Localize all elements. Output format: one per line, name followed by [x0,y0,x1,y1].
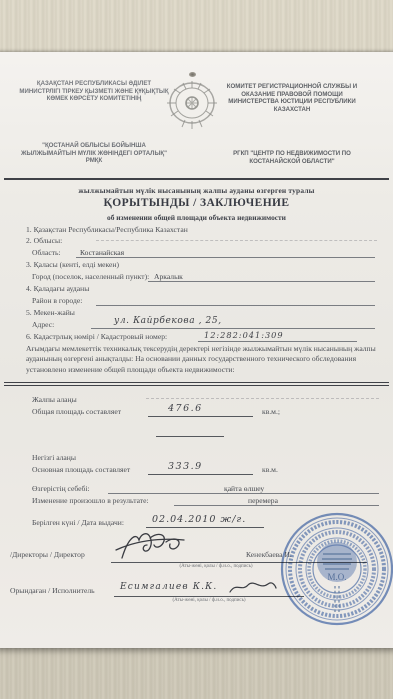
cadastral-line [198,340,357,342]
total-area-value: 476.6 [168,403,203,414]
field-district-label-ru: Район в городе: [32,296,82,305]
header-branch-kazakh: "ҚОСТАНАЙ ОБЛЫСЫ БОЙЫНША ЖЫЛЖЫМАЙТЫН МҮЛ… [16,142,172,165]
reason-line-ru [174,504,379,506]
document-subtitle-kk: жылжымайтын мүлік нысанының жалпы ауданы… [0,186,393,195]
main-area-label-ru: Основная площадь составляет [32,465,130,474]
field-region-label-kk: 2. Облысы: [26,236,62,245]
executor-sign-caption: (Аты-жөні, қолы / ф.и.о., подпись) [124,598,294,603]
main-area-unit: кв.м. [262,465,278,474]
field-region-label-ru: Область: [32,248,61,257]
header-branch-russian: РГКП "ЦЕНТР ПО НЕДВИЖИМОСТИ ПО КОСТАНАЙС… [216,150,368,165]
field-city-label-ru: Город (поселок, населенный пункт): [32,272,149,281]
field-cadastral-value: 12:282:041:309 [204,330,284,340]
district-line [96,304,375,306]
director-signature [114,528,234,562]
field-address-label-ru: Адрес: [32,320,54,329]
executor-name-handwritten: Есимгалиев К.К. [120,582,217,592]
reason-label-ru: Изменение произошло в результате: [32,496,149,505]
document-paper: ҚАЗАҚСТАН РЕСПУБЛИКАСЫ ӘДІЛЕТ МИНИСТРЛІГ… [0,52,393,648]
field-address-label-kk: 5. Мекен-жайы [26,308,75,317]
field-cadastral-label: 6. Кадастрлық нөмірі / Кадастровый номер… [26,332,167,341]
director-label: /Директоры / Директор [10,550,85,559]
field-country: 1. Қазақстан Республикасы/Республика Каз… [26,225,188,234]
reason-line-kk [108,492,379,494]
field-city-label-kk: 3. Қаласы (кенті, елді мекен) [26,260,119,269]
document-subtitle-ru: об изменении общей площади объекта недви… [0,213,393,222]
header-org-russian: КОМИТЕТ РЕГИСТРАЦИОННОЙ СЛУЖБЫ И ОКАЗАНИ… [216,83,368,113]
executor-label: Орындаған / Исполнитель [10,586,95,595]
executor-sign-line [114,595,304,597]
header-org-kazakh: ҚАЗАҚСТАН РЕСПУБЛИКАСЫ ӘДІЛЕТ МИНИСТРЛІГ… [16,80,172,103]
executor-signature-flourish [228,580,278,596]
issue-date-label: Берілген күні / Дата выдачи: [32,518,124,527]
statement-paragraph: Ағымдағы мемлекеттік техникалық тексеруд… [26,344,377,375]
field-address-value: ул. Кайрбекова , 25, [114,316,222,326]
main-area-line [148,473,253,475]
section-divider-top [4,382,389,383]
section-divider-bottom [4,385,389,386]
main-area-value: 333.9 [168,461,203,472]
total-area-label-kk: Жалпы алаңы [32,395,77,404]
pencil-marks [146,398,379,399]
field-district-label-kk: 4. Қаладағы ауданы [26,284,89,293]
reason-label-kk: Өзгерістің себебі: [32,484,90,493]
main-area-label-kk: Негізгі алаңы [32,453,76,462]
photo-of-document: ҚАЗАҚСТАН РЕСПУБЛИКАСЫ ӘДІЛЕТ МИНИСТРЛІГ… [0,0,393,699]
header-divider [4,178,389,180]
document-title: ҚОРЫТЫНДЫ / ЗАКЛЮЧЕНИЕ [0,196,393,210]
region-line [76,256,375,258]
stamp-text: М.О. [327,572,346,582]
total-area-unit: кв.м.; [262,407,280,416]
total-area-label-ru: Общая площадь составляет [32,407,121,416]
address-line [91,327,375,329]
issue-date-value: 02.04.2010 ж/г. [152,514,246,525]
city-line [148,280,375,282]
official-round-stamp: М.О. [278,510,393,630]
short-center-line [156,435,224,437]
total-area-line [148,415,253,417]
pencil-marks [96,240,377,241]
